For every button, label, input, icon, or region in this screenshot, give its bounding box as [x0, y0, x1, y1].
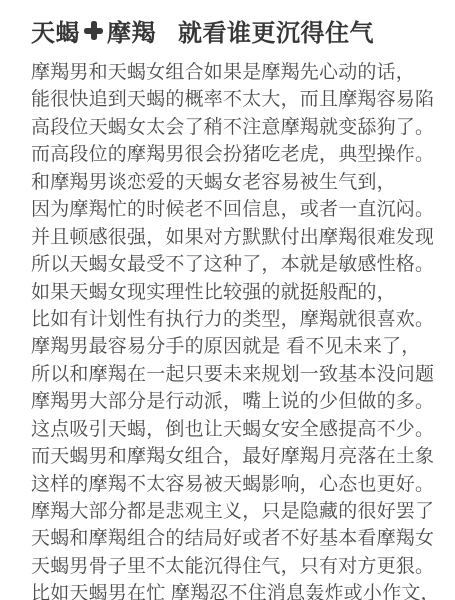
- page-title: 天蝎 摩羯 就看谁更沉得住气: [31, 13, 433, 48]
- article-page: 天蝎 摩羯 就看谁更沉得住气 摩羯男和天蝎女组合如果是摩羯先心动的话，能很快追到…: [0, 0, 455, 600]
- text-line: 摩羯男大部分是行动派，嘴上说的少但做的多。: [31, 388, 433, 415]
- text-line: 能很快追到天蝎的概率不太大，而且摩羯容易陷: [31, 86, 433, 113]
- text-line: 如果天蝎女现实理性比较强的就挺般配的，: [31, 279, 433, 306]
- title-sign-scorpio: 天蝎: [31, 13, 80, 48]
- title-sign-capricorn: 摩羯: [107, 13, 156, 48]
- article-body: 摩羯男和天蝎女组合如果是摩羯先心动的话，能很快追到天蝎的概率不太大，而且摩羯容易…: [31, 59, 433, 600]
- text-line: 高段位天蝎女太会了稍不注意摩羯就变舔狗了。: [31, 114, 433, 141]
- text-line: 所以和摩羯在一起只要未来规划一致基本没问题: [31, 361, 433, 388]
- text-line: 所以天蝎女最受不了这种了，本就是敏感性格。: [31, 251, 433, 278]
- text-line: 这样的摩羯不太容易被天蝎影响，心态也更好。: [31, 471, 433, 498]
- text-line: 摩羯男最容易分手的原因就是 看不见未来了，: [31, 333, 433, 360]
- text-line: 而天蝎男和摩羯女组合，最好摩羯月亮落在土象: [31, 443, 433, 470]
- text-line: 因为摩羯忙的时候老不回信息，或者一直沉闷。: [31, 196, 433, 223]
- text-line: 摩羯男和天蝎女组合如果是摩羯先心动的话，: [31, 59, 433, 86]
- text-line: 而高段位的摩羯男很会扮猪吃老虎，典型操作。: [31, 141, 433, 168]
- text-line: 天蝎和摩羯组合的结局好或者不好基本看摩羯女: [31, 525, 433, 552]
- plus-icon: [83, 20, 104, 41]
- text-line: 天蝎男骨子里不太能沉得住气，只有对方更狠。: [31, 553, 433, 580]
- text-line: 和摩羯男谈恋爱的天蝎女老容易被生气到，: [31, 169, 433, 196]
- title-tagline: 就看谁更沉得住气: [178, 13, 374, 48]
- text-line: 比如有计划性有执行力的类型，摩羯就很喜欢。: [31, 306, 433, 333]
- text-line: 这点吸引天蝎，倒也让天蝎女安全感提高不少。: [31, 416, 433, 443]
- text-line: 并且顿感很强，如果对方默默付出摩羯很难发现: [31, 224, 433, 251]
- text-line: 比如天蝎男在忙 摩羯忍不住消息轰炸或小作文，: [31, 580, 433, 600]
- text-line: 摩羯大部分都是悲观主义，只是隐藏的很好罢了: [31, 498, 433, 525]
